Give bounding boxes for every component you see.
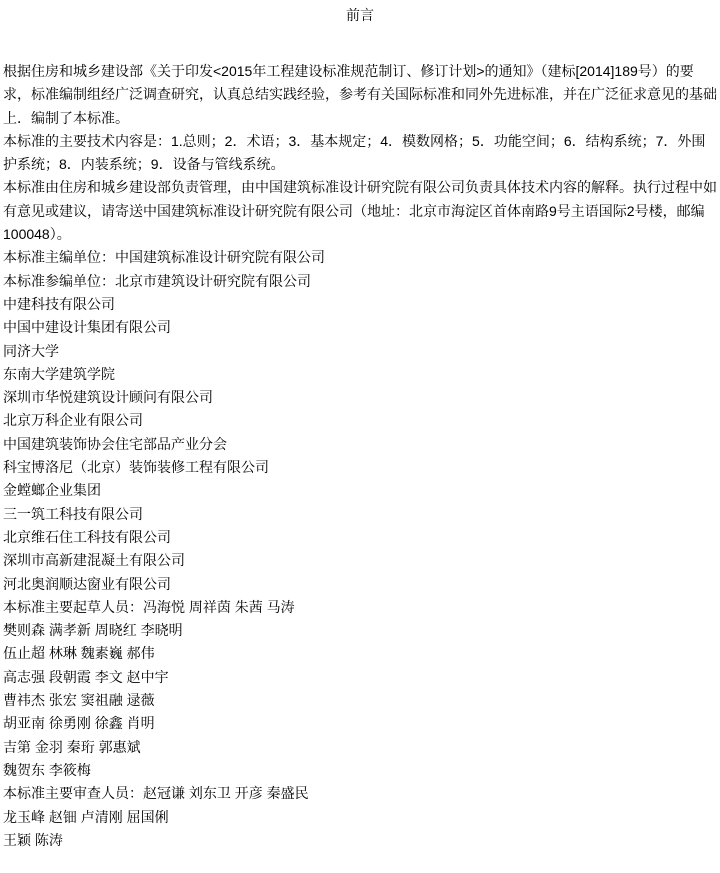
text-line: 三一筑工科技有限公司 xyxy=(3,503,717,526)
text-line: 东南大学建筑学院 xyxy=(3,363,717,386)
text-line: 本标准参编单位：北京市建筑设计研究院有限公司 xyxy=(3,270,717,293)
text-line: 有意见或建议，请寄送中国建筑标准设计研究院有限公司（地址：北京市海淀区首体南路9… xyxy=(3,200,717,223)
text-line: 上．编制了本标准。 xyxy=(3,107,717,130)
text-line: 中国建筑装饰协会住宅部品产业分会 xyxy=(3,433,717,456)
text-line: 高志强 段朝霞 李文 赵中宇 xyxy=(3,666,717,689)
text-line: 根据住房和城乡建设部《关于印发<2015年工程建设标准规范制订、修订计划>的通知… xyxy=(3,60,717,83)
page-title: 前言 xyxy=(0,6,720,24)
text-line: 中建科技有限公司 xyxy=(3,293,717,316)
text-line: 王颖 陈涛 xyxy=(3,829,717,852)
text-line: 100048）。 xyxy=(3,223,717,246)
text-line: 魏贺东 李筱梅 xyxy=(3,759,717,782)
text-line: 樊则森 满孝新 周晓红 李晓明 xyxy=(3,619,717,642)
document-page: 前言 根据住房和城乡建设部《关于印发<2015年工程建设标准规范制订、修订计划>… xyxy=(0,0,720,873)
text-line: 曹祎杰 张宏 窦祖融 逯薇 xyxy=(3,689,717,712)
text-line: 金螳螂企业集团 xyxy=(3,479,717,502)
text-line: 龙玉峰 赵钿 卢清刚 屈国俐 xyxy=(3,806,717,829)
text-line: 北京万科企业有限公司 xyxy=(3,409,717,432)
text-line: 本标准主要起草人员：冯海悦 周祥茵 朱茜 马涛 xyxy=(3,596,717,619)
text-line: 科宝博洛尼（北京）装饰装修工程有限公司 xyxy=(3,456,717,479)
text-line: 伍止超 林琳 魏素巍 郝伟 xyxy=(3,642,717,665)
text-line: 本标准主要审查人员：赵冠谦 刘东卫 开彦 秦盛民 xyxy=(3,782,717,805)
document-body: 根据住房和城乡建设部《关于印发<2015年工程建设标准规范制订、修订计划>的通知… xyxy=(3,60,717,852)
text-line: 胡亚南 徐勇刚 徐鑫 肖明 xyxy=(3,712,717,735)
text-line: 河北奥润顺达窗业有限公司 xyxy=(3,573,717,596)
text-line: 本标准的主要技术内容是：1.总则；2．术语；3．基本规定；4．模数网格；5．功能… xyxy=(3,130,717,153)
text-line: 护系统；8．内装系统；9．设备与管线系统。 xyxy=(3,153,717,176)
text-line: 求，标准编制组经广泛调查研究，认真总结实践经验，参考有关国际标准和同外先进标准，… xyxy=(3,83,717,106)
text-line: 深圳市高新建混凝土有限公司 xyxy=(3,549,717,572)
text-line: 本标准主编单位：中国建筑标准设计研究院有限公司 xyxy=(3,246,717,269)
text-line: 同济大学 xyxy=(3,340,717,363)
text-line: 中国中建设计集团有限公司 xyxy=(3,316,717,339)
text-line: 深圳市华悦建筑设计顾问有限公司 xyxy=(3,386,717,409)
text-line: 本标准由住房和城乡建设部负责管理，由中国建筑标准设计研究院有限公司负责具体技术内… xyxy=(3,176,717,199)
text-line: 吉第 金羽 秦珩 郭惠斌 xyxy=(3,736,717,759)
text-line: 北京维石住工科技有限公司 xyxy=(3,526,717,549)
